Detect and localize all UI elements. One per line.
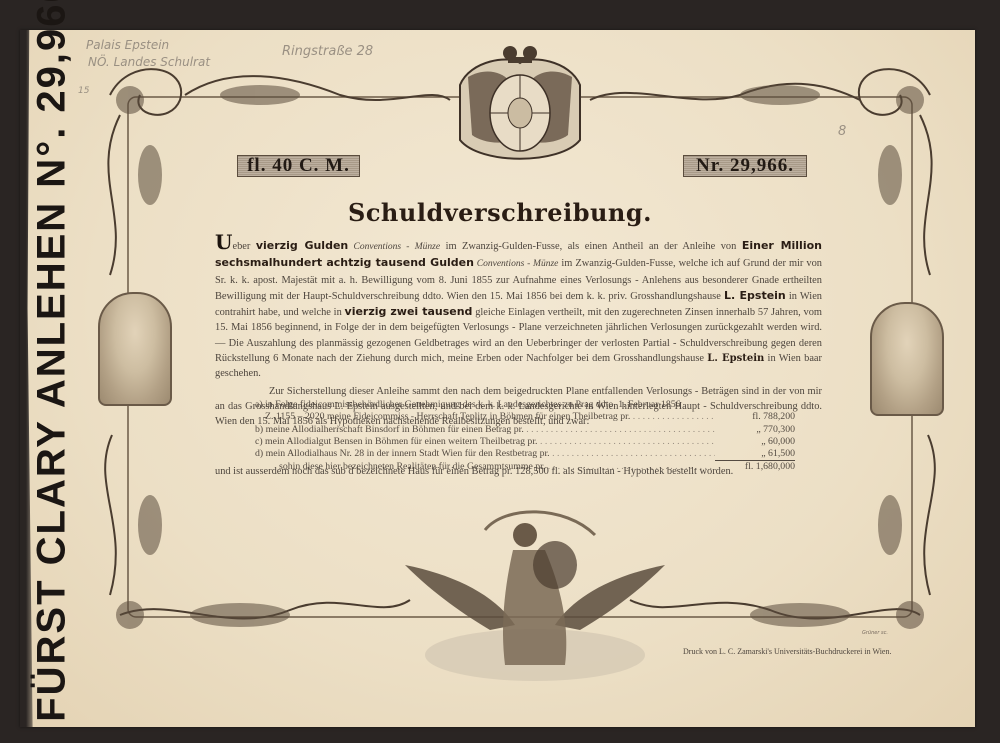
- serial-number-banner: Nr. 29,966.: [683, 155, 807, 177]
- document-title: Schuldverschreibung.: [0, 198, 1000, 227]
- drop-cap: U: [215, 230, 232, 254]
- property-item: c) mein Allodialgut Bensen in Böhmen für…: [255, 436, 795, 448]
- coat-of-arms-icon: [450, 45, 590, 170]
- property-item: d) mein Allodialhaus Nr. 28 in der inner…: [255, 448, 795, 461]
- pencil-margin-mark: 15: [78, 86, 89, 96]
- side-label: FÜRST CLARY ANLEHEN N°. 29,966: [30, 0, 75, 722]
- closing-line: und ist ausserdem noch das sub d bezeich…: [215, 466, 822, 477]
- right-portrait-icon: [870, 302, 944, 416]
- side-label-strip: FÜRST CLARY ANLEHEN N°. 29,966: [24, 40, 80, 660]
- pencil-note-1: Palais Epstein: [86, 38, 169, 52]
- property-item: Z. 1155 – 2020 meine Fideicommiss - Herr…: [255, 411, 795, 423]
- left-portrait-icon: [98, 292, 172, 406]
- winged-figure-engraving-icon: [395, 505, 675, 685]
- engraver-mark: Grüner sc.: [862, 630, 888, 636]
- property-item: a) in Folge fideicommissbehördlicher Gen…: [255, 399, 795, 411]
- mortgage-property-list: a) in Folge fideicommissbehördlicher Gen…: [255, 399, 795, 474]
- paragraph-1: Ueber vierzig Gulden Conventions - Münze…: [215, 236, 822, 382]
- property-item: b) meine Allodialherrschaft Binsdorf in …: [255, 424, 795, 436]
- printer-imprint: Druck von L. C. Zamarski's Universitäts-…: [683, 647, 891, 656]
- denomination-banner: fl. 40 C. M.: [237, 155, 360, 177]
